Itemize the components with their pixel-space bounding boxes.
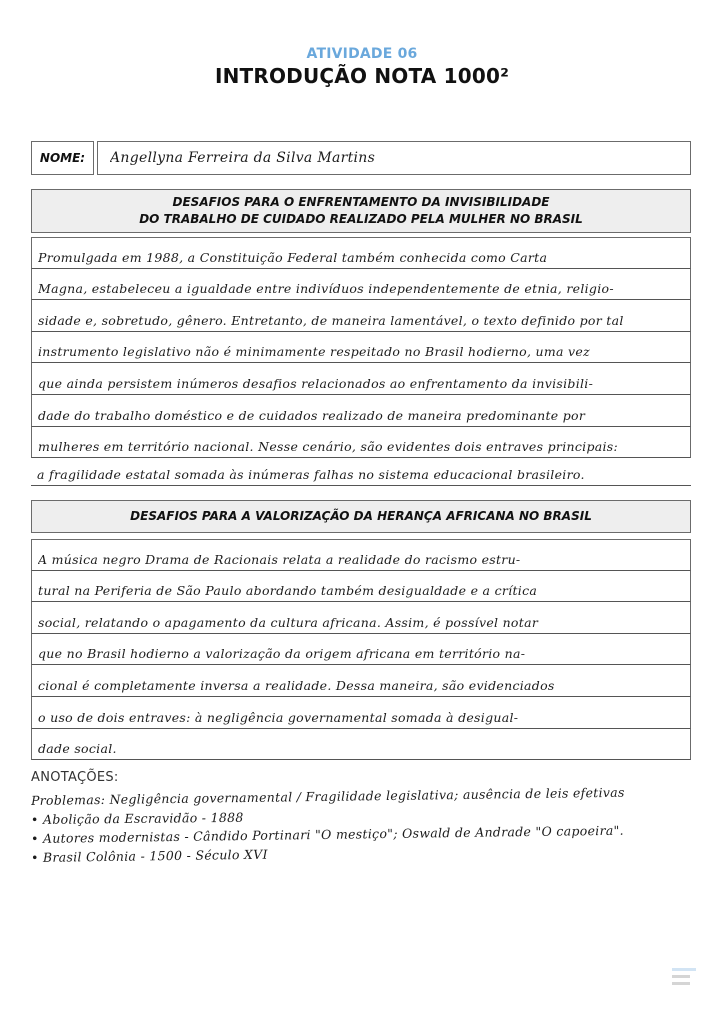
writing-line-overflow: a fragilidade estatal somada às inúmeras…	[31, 458, 691, 486]
writing-line[interactable]: mulheres em território nacional. Nesse c…	[31, 427, 691, 459]
section-1-heading-line2: DO TRABALHO DE CUIDADO REALIZADO PELA MU…	[32, 211, 690, 228]
faint-logo-stamp	[672, 968, 696, 1004]
handwritten-text: sidade e, sobretudo, gênero. Entretanto,…	[38, 313, 684, 328]
annotations-area: ANOTAÇÕES: Problemas: Negligência govern…	[31, 770, 701, 865]
section-1-writing-area[interactable]: Promulgada em 1988, a Constituição Feder…	[31, 237, 691, 486]
handwritten-text: dade social.	[38, 741, 684, 756]
writing-line[interactable]: que ainda persistem inúmeros desafios re…	[31, 363, 691, 395]
handwritten-text: cional é completamente inversa a realida…	[38, 678, 684, 693]
writing-line[interactable]: tural na Periferia de São Paulo abordand…	[31, 571, 691, 603]
activity-label: ATIVIDADE 06	[0, 46, 724, 62]
handwritten-text: a fragilidade estatal somada às inúmeras…	[37, 467, 585, 482]
writing-line[interactable]: Promulgada em 1988, a Constituição Feder…	[31, 237, 691, 269]
writing-line[interactable]: instrumento legislativo não é minimament…	[31, 332, 691, 364]
writing-line[interactable]: cional é completamente inversa a realida…	[31, 665, 691, 697]
section-2-heading: DESAFIOS PARA A VALORIZAÇÃO DA HERANÇA A…	[31, 500, 691, 533]
writing-line[interactable]: que no Brasil hodierno a valorização da …	[31, 634, 691, 666]
handwritten-text: Promulgada em 1988, a Constituição Feder…	[38, 250, 684, 265]
name-label: NOME:	[31, 141, 94, 175]
handwritten-text: tural na Periferia de São Paulo abordand…	[38, 583, 684, 598]
name-value: Angellyna Ferreira da Silva Martins	[110, 150, 375, 166]
annotations-label: ANOTAÇÕES:	[31, 770, 701, 785]
annotation-item: Problemas: Negligência governamental / F…	[31, 784, 701, 808]
section-1-heading-line1: DESAFIOS PARA O ENFRENTAMENTO DA INVISIB…	[32, 194, 690, 211]
handwritten-text: que no Brasil hodierno a valorização da …	[38, 646, 684, 661]
handwritten-text: Magna, estabeleceu a igualdade entre ind…	[38, 281, 684, 296]
page-title: INTRODUÇÃO NOTA 1000²	[0, 64, 724, 88]
handwritten-text: A música negro Drama de Racionais relata…	[38, 552, 684, 567]
handwritten-text: dade do trabalho doméstico e de cuidados…	[38, 408, 684, 423]
writing-line[interactable]: A música negro Drama de Racionais relata…	[31, 539, 691, 571]
name-row: NOME: Angellyna Ferreira da Silva Martin…	[31, 141, 691, 175]
writing-line[interactable]: sidade e, sobretudo, gênero. Entretanto,…	[31, 300, 691, 332]
handwritten-text: instrumento legislativo não é minimament…	[38, 344, 684, 359]
handwritten-text: social, relatando o apagamento da cultur…	[38, 615, 684, 630]
writing-line[interactable]: dade do trabalho doméstico e de cuidados…	[31, 395, 691, 427]
handwritten-text: mulheres em território nacional. Nesse c…	[38, 439, 684, 454]
writing-line[interactable]: social, relatando o apagamento da cultur…	[31, 602, 691, 634]
writing-line[interactable]: Magna, estabeleceu a igualdade entre ind…	[31, 269, 691, 301]
name-field[interactable]: Angellyna Ferreira da Silva Martins	[97, 141, 691, 175]
handwritten-text: o uso de dois entraves: à negligência go…	[38, 710, 684, 725]
handwritten-text: que ainda persistem inúmeros desafios re…	[38, 376, 684, 391]
section-1-heading: DESAFIOS PARA O ENFRENTAMENTO DA INVISIB…	[31, 189, 691, 233]
section-2-heading-line1: DESAFIOS PARA A VALORIZAÇÃO DA HERANÇA A…	[32, 508, 690, 525]
writing-line[interactable]: o uso de dois entraves: à negligência go…	[31, 697, 691, 729]
writing-line[interactable]: dade social.	[31, 729, 691, 761]
page-header: ATIVIDADE 06 INTRODUÇÃO NOTA 1000²	[0, 46, 724, 88]
section-2-writing-area[interactable]: A música negro Drama de Racionais relata…	[31, 539, 691, 760]
